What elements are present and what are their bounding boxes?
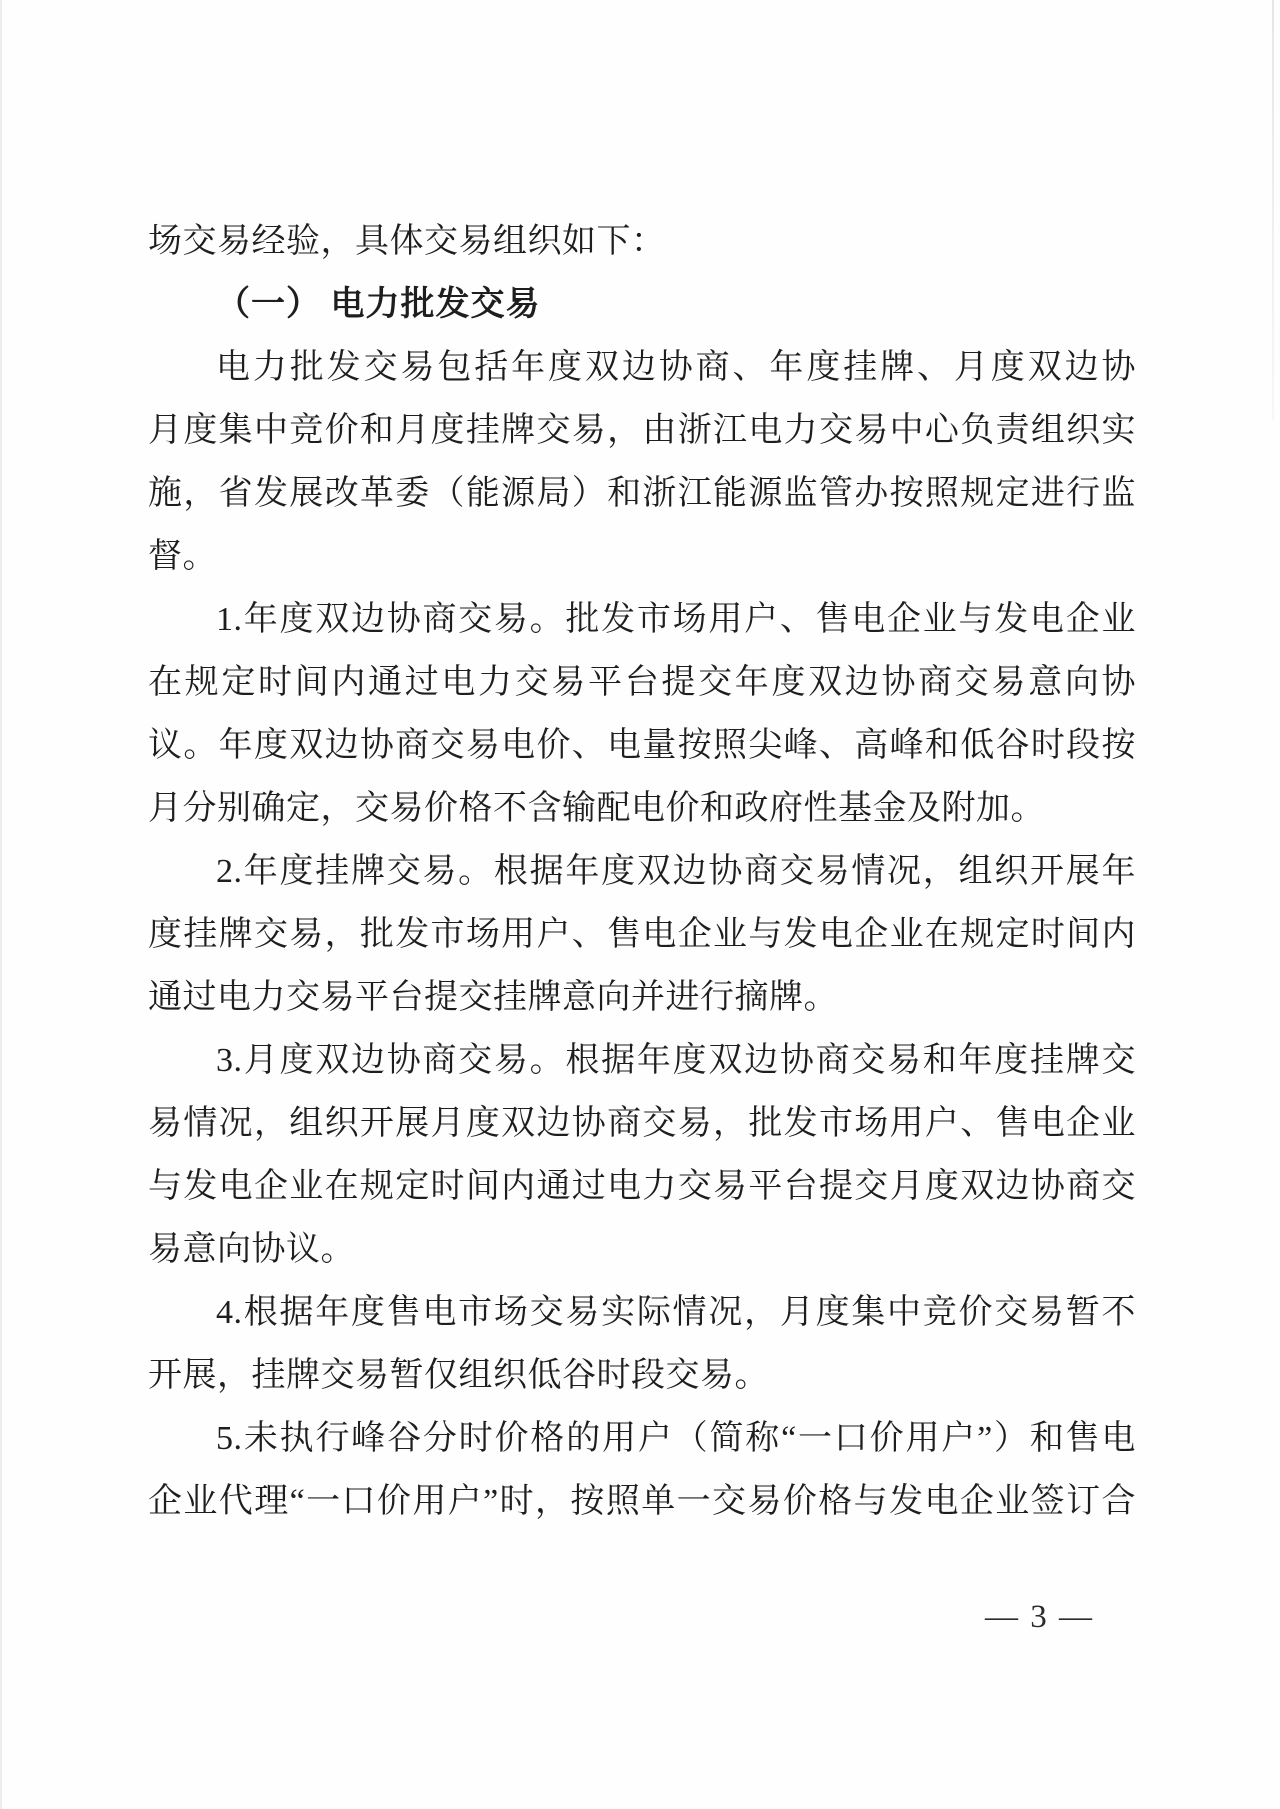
text-line: 在规定时间内通过电力交易平台提交年度双边协商交易意向协 <box>148 651 1136 714</box>
text-line: 企业代理“一口价用户”时，按照单一交易价格与发电企业签订合 <box>148 1470 1136 1533</box>
text-line: 度挂牌交易，批发市场用户、售电企业与发电企业在规定时间内 <box>148 903 1136 966</box>
text-line: 5.未执行峰谷分时价格的用户（简称“一口价用户”）和售电 <box>148 1407 1136 1470</box>
text-line: 场交易经验，具体交易组织如下： <box>148 210 1136 273</box>
text-line: 3.月度双边协商交易。根据年度双边协商交易和年度挂牌交 <box>148 1029 1136 1092</box>
text-line: 通过电力交易平台提交挂牌意向并进行摘牌。 <box>148 966 1136 1029</box>
text-line: 督。 <box>148 525 1136 588</box>
text-line: 4.根据年度售电市场交易实际情况，月度集中竞价交易暂不 <box>148 1281 1136 1344</box>
section-heading: （一） 电力批发交易 <box>148 273 1136 336</box>
text-line: 月度集中竞价和月度挂牌交易，由浙江电力交易中心负责组织实 <box>148 399 1136 462</box>
text-line: 开展，挂牌交易暂仅组织低谷时段交易。 <box>148 1344 1136 1407</box>
text-line: 施，省发展改革委（能源局）和浙江能源监管办按照规定进行监 <box>148 462 1136 525</box>
text-line: 月分别确定，交易价格不含输配电价和政府性基金及附加。 <box>148 777 1136 840</box>
text-line: 与发电企业在规定时间内通过电力交易平台提交月度双边协商交 <box>148 1155 1136 1218</box>
scan-edge-right <box>1272 0 1274 420</box>
text-line: 电力批发交易包括年度双边协商、年度挂牌、月度双边协商、 <box>148 336 1136 399</box>
document-page: 场交易经验，具体交易组织如下：（一） 电力批发交易电力批发交易包括年度双边协商、… <box>0 0 1280 1809</box>
text-line: 易情况，组织开展月度双边协商交易，批发市场用户、售电企业 <box>148 1092 1136 1155</box>
text-line: 议。年度双边协商交易电价、电量按照尖峰、高峰和低谷时段按 <box>148 714 1136 777</box>
text-line: 2.年度挂牌交易。根据年度双边协商交易情况，组织开展年 <box>148 840 1136 903</box>
page-number: — 3 — <box>985 1597 1094 1637</box>
scan-edge-left <box>0 0 2 1809</box>
text-line: 易意向协议。 <box>148 1218 1136 1281</box>
text-block: 场交易经验，具体交易组织如下：（一） 电力批发交易电力批发交易包括年度双边协商、… <box>148 210 1136 1533</box>
text-line: 1.年度双边协商交易。批发市场用户、售电企业与发电企业 <box>148 588 1136 651</box>
